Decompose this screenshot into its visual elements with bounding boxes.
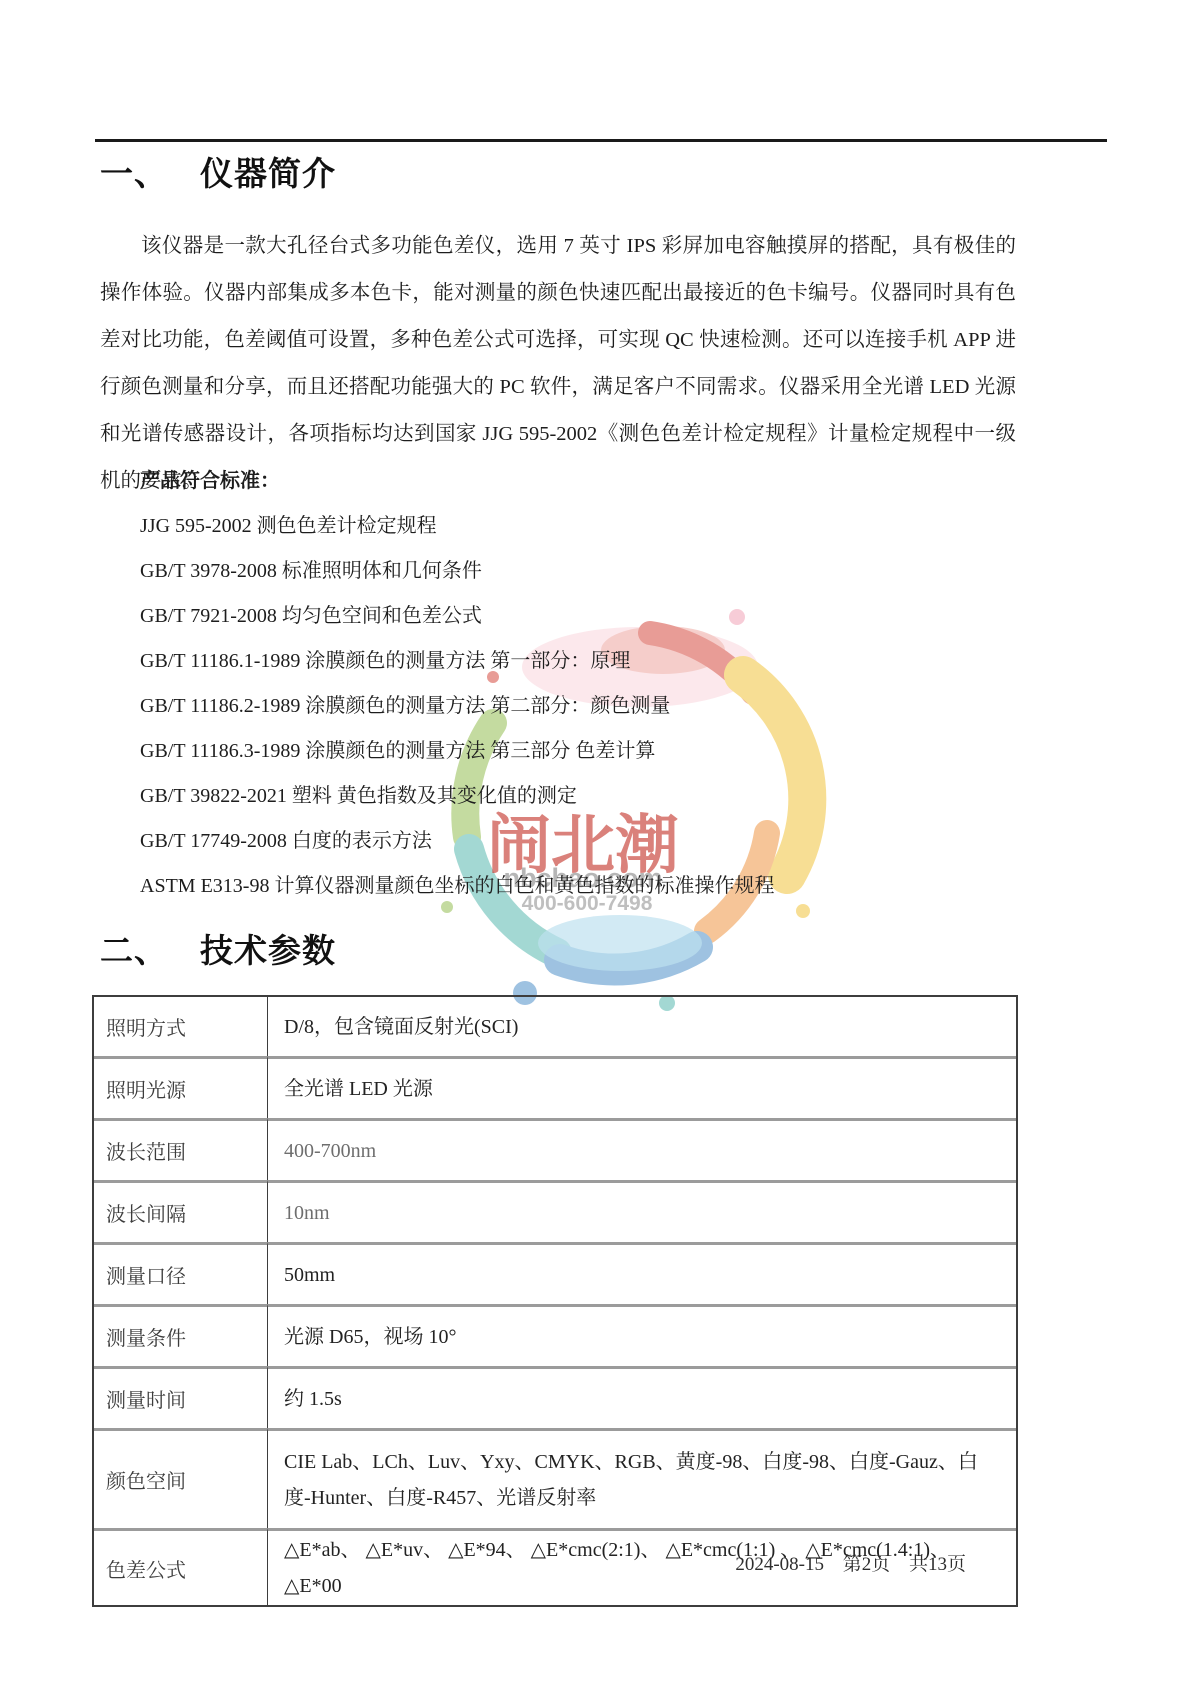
table-row: 照明方式 D/8，包含镜面反射光(SCI) [94, 997, 1016, 1056]
spec-value: 10nm [268, 1180, 1016, 1242]
standard-item: GB/T 39822-2021 塑料 黄色指数及其变化值的测定 [140, 774, 774, 819]
footer-page-total: 共13页 [909, 1554, 966, 1575]
standards-title: 产品符合标准： [140, 459, 774, 504]
spec-label: 测量口径 [94, 1242, 268, 1304]
spec-label: 照明方式 [94, 997, 268, 1056]
spec-label: 照明光源 [94, 1056, 268, 1118]
standards-list: 产品符合标准： JJG 595-2002 测色色差计检定规程 GB/T 3978… [140, 459, 774, 909]
standard-item: GB/T 17749-2008 白度的表示方法 [140, 819, 774, 864]
standard-item: ASTM E313-98 计算仪器测量颜色坐标的白色和黄色指数的标准操作规程 [140, 864, 774, 909]
spec-value: 400-700nm [268, 1118, 1016, 1180]
footer-date: 2024-08-15 [735, 1554, 824, 1575]
table-row: 测量条件 光源 D65，视场 10° [94, 1304, 1016, 1366]
spec-value: 全光谱 LED 光源 [268, 1056, 1016, 1118]
section-1-number: 一、 [100, 148, 168, 195]
table-row: 波长间隔 10nm [94, 1180, 1016, 1242]
table-row: 测量时间 约 1.5s [94, 1366, 1016, 1428]
top-divider [95, 139, 1107, 142]
spec-label: 波长范围 [94, 1118, 268, 1180]
page-footer: 2024-08-15 第2页 共13页 [735, 1549, 966, 1576]
standard-item: GB/T 11186.2-1989 涂膜颜色的测量方法 第二部分：颜色测量 [140, 684, 774, 729]
section-2-title: 技术参数 [200, 934, 336, 970]
spec-value: 50mm [268, 1242, 1016, 1304]
standard-item: JJG 595-2002 测色色差计检定规程 [140, 504, 774, 549]
section-2-number: 二、 [100, 925, 168, 972]
section-1-heading: 一、仪器简介 [100, 148, 336, 195]
spec-value: 约 1.5s [268, 1366, 1016, 1428]
section-1-title: 仪器简介 [200, 157, 336, 193]
table-row: 颜色空间 CIE Lab、LCh、Luv、Yxy、CMYK、RGB、黄度-98、… [94, 1428, 1016, 1528]
spec-label: 测量时间 [94, 1366, 268, 1428]
spec-label: 色差公式 [94, 1528, 268, 1605]
table-row: 测量口径 50mm [94, 1242, 1016, 1304]
spec-table: 照明方式 D/8，包含镜面反射光(SCI) 照明光源 全光谱 LED 光源 波长… [92, 995, 1018, 1607]
footer-page-number: 第2页 [843, 1554, 891, 1575]
spec-label: 测量条件 [94, 1304, 268, 1366]
spec-value: D/8，包含镜面反射光(SCI) [268, 997, 1016, 1056]
table-row: 波长范围 400-700nm [94, 1118, 1016, 1180]
standard-item: GB/T 11186.3-1989 涂膜颜色的测量方法 第三部分 色差计算 [140, 729, 774, 774]
spec-label: 颜色空间 [94, 1428, 268, 1528]
section-2-heading: 二、技术参数 [100, 925, 336, 972]
table-row: 照明光源 全光谱 LED 光源 [94, 1056, 1016, 1118]
spec-value: CIE Lab、LCh、Luv、Yxy、CMYK、RGB、黄度-98、白度-98… [268, 1428, 1016, 1528]
document-page: 闹北潮 nbchao.com 400-600-7498 一、仪器简介 该仪器是一… [0, 0, 1200, 1697]
spec-value: 光源 D65，视场 10° [268, 1304, 1016, 1366]
standard-item: GB/T 3978-2008 标准照明体和几何条件 [140, 549, 774, 594]
standard-item: GB/T 7921-2008 均匀色空间和色差公式 [140, 594, 774, 639]
spec-label: 波长间隔 [94, 1180, 268, 1242]
standard-item: GB/T 11186.1-1989 涂膜颜色的测量方法 第一部分：原理 [140, 639, 774, 684]
